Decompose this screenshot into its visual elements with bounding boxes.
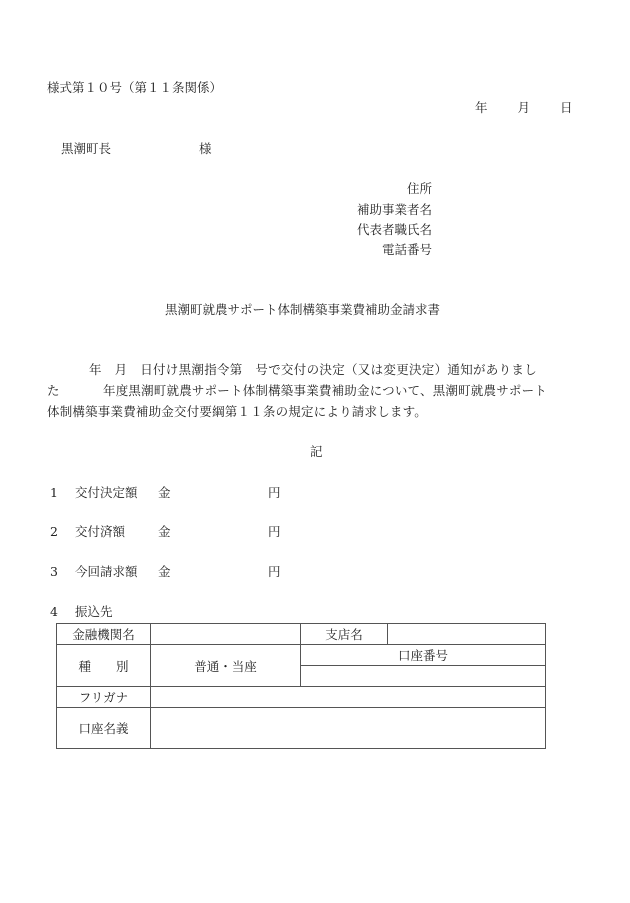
account-number-field[interactable]	[301, 666, 546, 687]
type-value[interactable]: 普通・当座	[151, 645, 301, 687]
item-1-kin: 金	[158, 487, 171, 500]
phone-label: 電話番号	[382, 244, 432, 257]
furigana-field[interactable]	[151, 687, 546, 708]
item-2-yen: 円	[268, 526, 281, 539]
item-3-num: 3	[50, 566, 58, 579]
transfer-heading: 振込先	[75, 606, 113, 619]
body-line-2a: た	[47, 385, 60, 398]
account-holder-field[interactable]	[151, 708, 546, 749]
furigana-label: フリガナ	[57, 687, 151, 708]
body-line-2b: 年度黒潮町就農サポート体制構築事業費補助金について、黒潮町就農サポート	[103, 385, 547, 398]
transfer-num: 4	[50, 606, 58, 619]
item-1-num: 1	[50, 487, 58, 500]
body-line-3: 体制構築事業費補助金交付要綱第１１条の規定により請求します。	[47, 406, 427, 419]
account-number-label: 口座番号	[301, 645, 546, 666]
addressee-name: 黒潮町長	[61, 143, 111, 156]
item-2-num: 2	[50, 526, 58, 539]
address-label: 住所	[407, 183, 432, 196]
date-day: 日	[560, 102, 573, 115]
item-3-label: 今回請求額	[75, 566, 138, 579]
account-holder-label: 口座名義	[57, 708, 151, 749]
ki-label: 記	[310, 446, 323, 459]
item-1-yen: 円	[268, 487, 281, 500]
date-line: 年 月 日	[475, 102, 573, 115]
item-1-label: 交付決定額	[75, 487, 138, 500]
item-3-yen: 円	[268, 566, 281, 579]
date-year: 年	[475, 102, 488, 115]
form-number: 様式第１０号（第１１条関係）	[47, 82, 222, 95]
body-line-1: 年 月 日付け黒潮指令第 号で交付の決定（又は変更決定）通知がありまし	[89, 364, 537, 377]
representative-label: 代表者職氏名	[357, 224, 432, 237]
date-month: 月	[518, 102, 531, 115]
bank-name-field[interactable]	[151, 624, 301, 645]
bank-name-label: 金融機関名	[57, 624, 151, 645]
branch-label: 支店名	[301, 624, 388, 645]
bank-transfer-table: 金融機関名 支店名 種 別 普通・当座 口座番号 フリガナ 口座名義	[56, 623, 546, 749]
type-label: 種 別	[57, 645, 151, 687]
document-title: 黒潮町就農サポート体制構築事業費補助金請求書	[165, 304, 440, 317]
item-3-kin: 金	[158, 566, 171, 579]
item-2-kin: 金	[158, 526, 171, 539]
item-2-label: 交付済額	[75, 526, 125, 539]
addressee-honorific: 様	[199, 143, 212, 156]
branch-field[interactable]	[388, 624, 546, 645]
business-name-label: 補助事業者名	[357, 204, 432, 217]
